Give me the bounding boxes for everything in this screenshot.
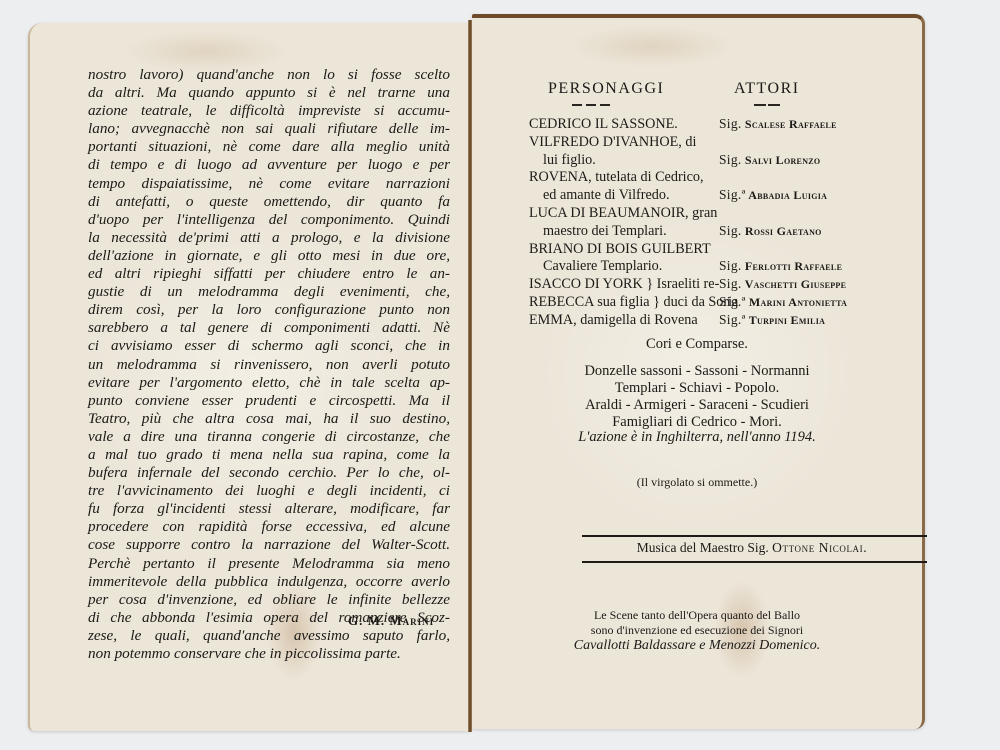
scenery-line: Le Scene tanto dell'Opera quanto del Bal…	[492, 608, 902, 623]
open-libretto: nostro lavoro) quand'anche non lo si fos…	[0, 0, 1000, 750]
prose-line: un melodramma si rinvenissero, non averl…	[88, 356, 450, 374]
prose-line: lano; avvegnacchè non sai quali rifiutar…	[88, 120, 450, 138]
actor-name: Sig.ª Abbadia Luigia	[719, 186, 827, 205]
role-description: maestro dei Templari.	[529, 223, 889, 241]
cast-row: VILFREDO D'IVANHOE, dilui figlio.Sig. Sa…	[529, 134, 889, 170]
prose-line: punto conviene esser prudenti e circospe…	[88, 392, 450, 410]
actor-name: Sig. Salvi Lorenzo	[719, 151, 820, 170]
prose-line: ci avvisiamo esser di schermo agli sconc…	[88, 337, 450, 355]
prose-line: cose supporre contro la narrazione del W…	[88, 536, 450, 554]
prose-line: procedere con rapidità forse eccessiva, …	[88, 518, 450, 536]
actor-name: Sig. Scalese Raffaele	[719, 115, 837, 134]
right-page: PERSONAGGI ATTORI CEDRICO IL SASSONE.Sig…	[472, 14, 925, 729]
chorus-line: Donzelle sassoni - Sassoni - Normanni	[492, 363, 902, 380]
prose-line: portanti situazioni, nè come dare alla m…	[88, 138, 450, 156]
role-description: ed amante di Vilfredo.	[529, 187, 889, 205]
scenery-line: sono d'invenzione ed esecuzione dei Sign…	[492, 623, 902, 638]
left-page: nostro lavoro) quand'anche non lo si fos…	[28, 23, 470, 731]
actor-fullname: Vaschetti Giuseppe	[745, 277, 847, 291]
chorus-line: Templari - Schiavi - Popolo.	[492, 380, 902, 397]
prose-line: tre l'avvicinamento dei luoghi e degli i…	[88, 482, 450, 500]
cast-row: ROVENA, tutelata di Cedrico,ed amante di…	[529, 169, 889, 205]
header-rule	[572, 104, 610, 106]
actor-name: Sig.ª Turpini Emilia	[719, 311, 825, 330]
actor-title: Sig.	[719, 223, 742, 238]
divider	[582, 561, 927, 563]
prose-line: sarebbero a tal genere di componimenti a…	[88, 319, 450, 337]
actor-fullname: Scalese Raffaele	[745, 117, 837, 131]
cast-list: CEDRICO IL SASSONE.Sig. Scalese Raffaele…	[529, 116, 889, 330]
prose-line: ed altri ripieghi siffatti per chiudere …	[88, 265, 450, 283]
scenery-credit: Le Scene tanto dell'Opera quanto del Bal…	[492, 608, 902, 653]
actor-name: Sig. Vaschetti Giuseppe	[719, 275, 846, 294]
preface-text: nostro lavoro) quand'anche non lo si fos…	[88, 66, 450, 663]
characters-header: PERSONAGGI	[548, 80, 664, 98]
role-name: ROVENA, tutelata di Cedrico,	[529, 169, 889, 187]
prose-line: vale a dire una tiranna congerie di circ…	[88, 428, 450, 446]
actor-fullname: Salvi Lorenzo	[745, 153, 821, 167]
chorus-line: Araldi - Armigeri - Saraceni - Scudieri	[492, 397, 902, 414]
cast-row: ISACCO DI YORK } Israeliti re-Sig. Vasch…	[529, 276, 889, 294]
chorus-title: Cori e Comparse.	[492, 336, 902, 353]
cast-row: EMMA, damigella di RovenaSig.ª Turpini E…	[529, 312, 889, 330]
header-rule	[754, 104, 780, 106]
cast-row: CEDRICO IL SASSONE.Sig. Scalese Raffaele	[529, 116, 889, 134]
prose-line: evitare per l'argomento eletto, chè in t…	[88, 374, 450, 392]
divider	[582, 535, 927, 537]
actor-name: Sig. Rossi Gaetano	[719, 222, 822, 241]
actor-title: Sig.	[719, 116, 742, 131]
actor-fullname: Rossi Gaetano	[745, 224, 822, 238]
prose-line: zese, le quali, quand'anche avessimo sap…	[88, 627, 450, 645]
actor-name: Sig.ª Marini Antonietta	[719, 293, 847, 312]
composer-name: Ottone Nicolai.	[772, 540, 867, 555]
actor-title: Sig.ª	[719, 187, 746, 202]
prose-line: direm così, per la loro configurazione p…	[88, 301, 450, 319]
cast-row: BRIANO DI BOIS GUILBERTCavaliere Templar…	[529, 241, 889, 277]
actor-fullname: Turpini Emilia	[749, 313, 826, 327]
prose-line: d'uopo per l'intelligenza del componimen…	[88, 211, 450, 229]
actor-title: Sig.	[719, 258, 742, 273]
prose-line: bufera infernale del secondo cerchio. Pe…	[88, 464, 450, 482]
actor-title: Sig.ª	[719, 312, 746, 327]
actor-title: Sig.	[719, 276, 742, 291]
editorial-note: (Il virgolato si ommette.)	[492, 475, 902, 490]
cast-row: REBECCA sua figlia } duci da SoriaSig.ª …	[529, 294, 889, 312]
role-name: LUCA DI BEAUMANOIR, gran	[529, 205, 889, 223]
actor-name: Sig. Ferlotti Raffaele	[719, 257, 842, 276]
music-prefix: Musica del Maestro Sig.	[637, 540, 769, 555]
actor-fullname: Ferlotti Raffaele	[745, 259, 842, 273]
prose-line: da altri. Ma quando appunto si è nel tra…	[88, 84, 450, 102]
actor-title: Sig.ª	[719, 294, 746, 309]
actors-header: ATTORI	[734, 80, 800, 98]
role-name: EMMA, damigella di Rovena	[529, 312, 889, 330]
prose-line: Perchè pertanto il presente Melodramma s…	[88, 555, 450, 573]
chorus-groups: Donzelle sassoni - Sassoni - Normanni Te…	[492, 363, 902, 431]
scenery-artists: Cavallotti Baldassare e Menozzi Domenico…	[492, 638, 902, 653]
prose-line: azione teatrale, le difficoltà imprevist…	[88, 102, 450, 120]
actor-title: Sig.	[719, 152, 742, 167]
role-name: VILFREDO D'IVANHOE, di	[529, 134, 889, 152]
prose-line: dell'azione in giornate, e gli otto mesi…	[88, 247, 450, 265]
prose-line: fu forza gl'incidenti stessi alterare, m…	[88, 500, 450, 518]
role-description: lui figlio.	[529, 152, 889, 170]
role-name: BRIANO DI BOIS GUILBERT	[529, 241, 889, 259]
prose-line: per cosa d'invenzione, ed obliare le inf…	[88, 591, 450, 609]
setting-line: L'azione è in Inghilterra, nell'anno 119…	[492, 429, 902, 446]
music-credit: Musica del Maestro Sig. Ottone Nicolai.	[562, 540, 942, 556]
prose-line: immeritevole della pubblica indulgenza, …	[88, 573, 450, 591]
author-signature: G. M. Marini	[348, 613, 434, 629]
actor-fullname: Abbadia Luigia	[748, 188, 827, 202]
prose-line: Teatro, più che altra cosa mai, ha il su…	[88, 410, 450, 428]
cast-row: LUCA DI BEAUMANOIR, granmaestro dei Temp…	[529, 205, 889, 241]
prose-line: la necessità de'primi atti a prologo, e …	[88, 229, 450, 247]
prose-line: gustie di un melodramma degli evenimenti…	[88, 283, 450, 301]
prose-line: a mal tuo grado ti mena nella sua rapina…	[88, 446, 450, 464]
actor-fullname: Marini Antonietta	[749, 295, 847, 309]
prose-line: non potemmo conservare che in piccolissi…	[88, 645, 450, 663]
prose-line: di antefatti, o queste omettendo, dir qu…	[88, 193, 450, 211]
prose-line: tempo dispaiatissime, nè come evitare na…	[88, 175, 450, 193]
prose-line: nostro lavoro) quand'anche non lo si fos…	[88, 66, 450, 84]
prose-line: di tempo e di luogo ad avventure per luo…	[88, 156, 450, 174]
